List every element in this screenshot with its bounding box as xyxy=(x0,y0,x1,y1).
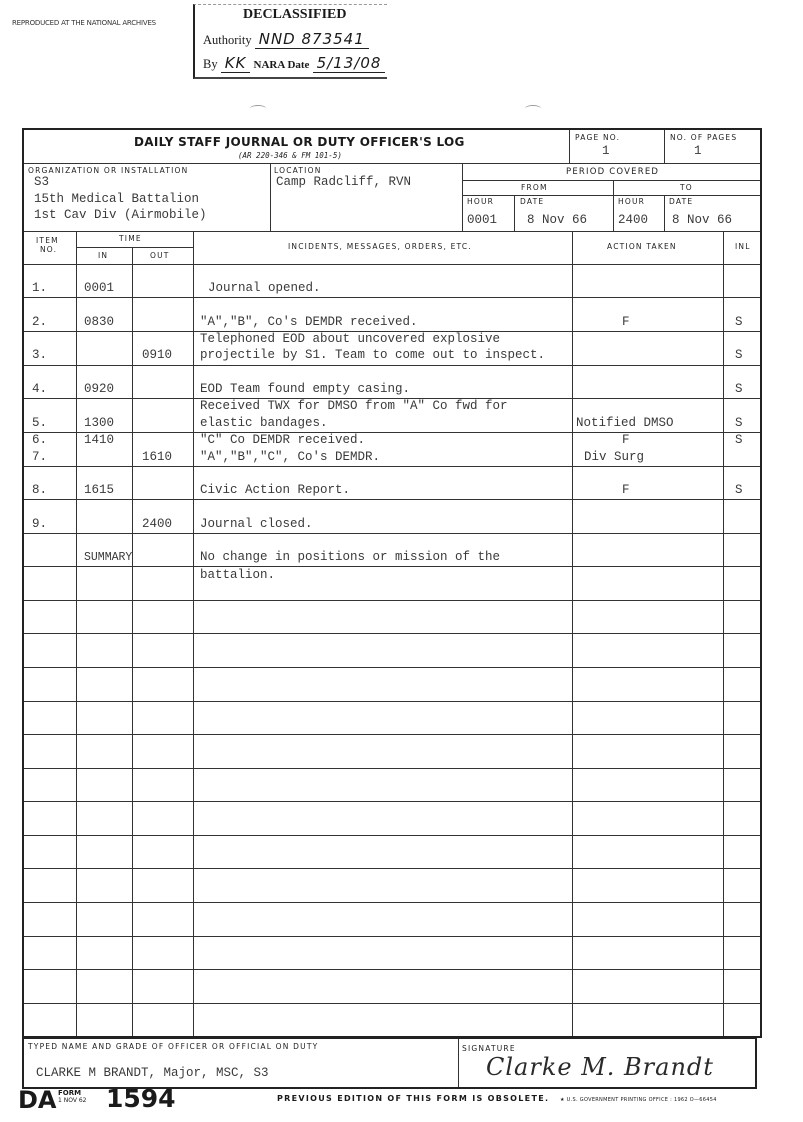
entry-2-in: 0830 xyxy=(84,314,114,331)
entry-8-item: 8. xyxy=(32,482,47,499)
page-no-value: 1 xyxy=(602,143,610,160)
entry-9-text: Journal closed. xyxy=(200,516,313,533)
signature-label: SIGNATURE xyxy=(462,1044,516,1053)
officer-section: TYPED NAME AND GRADE OF OFFICER OR OFFIC… xyxy=(22,1037,757,1089)
organization-line-2: 15th Medical Battalion xyxy=(34,191,199,208)
entry-8-in: 1615 xyxy=(84,482,114,499)
entry-7-item: 7. xyxy=(32,449,47,466)
entry-5-text-line-2: elastic bandages. xyxy=(200,415,328,432)
entry-4-in: 0920 xyxy=(84,381,114,398)
entry-6-action: F xyxy=(622,432,630,449)
entry-6-item: 6. xyxy=(32,432,47,449)
officer-name-value: CLARKE M BRANDT, Major, MSC, S3 xyxy=(36,1065,269,1082)
entry-6-inl: S xyxy=(735,432,743,449)
entry-7-out: 1610 xyxy=(142,449,172,466)
entry-5-in: 1300 xyxy=(84,415,114,432)
entry-1-text: Journal opened. xyxy=(208,280,321,297)
from-hour-value: 0001 xyxy=(467,212,497,229)
entry-4-inl: S xyxy=(735,381,743,398)
entry-5-text-line-1: Received TWX for DMSO from "A" Co fwd fo… xyxy=(200,398,508,415)
header-incidents: INCIDENTS, MESSAGES, ORDERS, ETC. xyxy=(288,242,472,251)
summary-text-line-2: battalion. xyxy=(200,567,275,584)
to-date-label: DATE xyxy=(669,197,693,206)
stamp-authority: Authority NND 873541 xyxy=(203,30,369,48)
summary-text-line-1: No change in positions or mission of the xyxy=(200,549,500,566)
entry-5-inl: S xyxy=(735,415,743,432)
by-value: KK xyxy=(221,54,251,73)
entry-3-text-line-2: projectile by S1. Team to come out to in… xyxy=(200,347,545,364)
from-date-value: 8 Nov 66 xyxy=(527,212,587,229)
entry-7-action: Div Surg xyxy=(584,449,644,466)
entry-7-text: "A","B","C", Co's DEMDR. xyxy=(200,449,380,466)
header-inl: INL xyxy=(735,242,751,251)
header-item: ITEM xyxy=(36,236,59,245)
summary-label: SUMMARY xyxy=(84,549,132,566)
signature: Clarke M. Brandt xyxy=(486,1053,714,1081)
organization-label: ORGANIZATION OR INSTALLATION xyxy=(28,166,188,175)
journal-form: DAILY STAFF JOURNAL OR DUTY OFFICER'S LO… xyxy=(22,128,762,1038)
entry-2-item: 2. xyxy=(32,314,47,331)
entry-3-out: 0910 xyxy=(142,347,172,364)
header-out: OUT xyxy=(150,251,170,260)
stamp-date: 5/13/08 xyxy=(313,54,386,73)
entry-3-item: 3. xyxy=(32,347,47,364)
entry-8-inl: S xyxy=(735,482,743,499)
entry-9-out: 2400 xyxy=(142,516,172,533)
punch-hole-mark xyxy=(250,105,266,112)
entry-6-in: 1410 xyxy=(84,432,114,449)
entry-4-text: EOD Team found empty casing. xyxy=(200,381,410,398)
entry-4-item: 4. xyxy=(32,381,47,398)
entry-1-in: 0001 xyxy=(84,280,114,297)
entry-5-item: 5. xyxy=(32,415,47,432)
header-action-taken: ACTION TAKEN xyxy=(607,242,677,251)
to-hour-label: HOUR xyxy=(618,197,645,206)
from-label: FROM xyxy=(521,183,548,192)
entry-3-inl: S xyxy=(735,347,743,364)
stamp-by: By KK NARA Date 5/13/08 xyxy=(203,54,385,72)
punch-hole-mark xyxy=(525,105,541,112)
form-da-label: DA xyxy=(18,1086,57,1114)
from-hour-label: HOUR xyxy=(467,197,494,206)
officer-name-label: TYPED NAME AND GRADE OF OFFICER OR OFFIC… xyxy=(28,1042,318,1051)
gpo-note: ★ U.S. GOVERNMENT PRINTING OFFICE : 1962… xyxy=(560,1097,717,1103)
by-label: By xyxy=(203,57,218,71)
form-date-block: FORM 1 NOV 62 xyxy=(58,1089,86,1105)
entry-9-item: 9. xyxy=(32,516,47,533)
entry-6-text: "C" Co DEMDR received. xyxy=(200,432,365,449)
no-of-pages-label: NO. OF PAGES xyxy=(670,133,737,142)
authority-value: NND 873541 xyxy=(255,30,369,49)
header-in: IN xyxy=(98,251,108,260)
header-time: TIME xyxy=(119,234,142,243)
entry-5-action: Notified DMSO xyxy=(576,415,674,432)
archive-note: REPRODUCED AT THE NATIONAL ARCHIVES xyxy=(12,19,156,27)
entry-8-action: F xyxy=(622,482,630,499)
page-no-label: PAGE NO. xyxy=(575,133,620,142)
entry-2-text: "A","B", Co's DEMDR received. xyxy=(200,314,418,331)
entry-2-inl: S xyxy=(735,314,743,331)
form-word: FORM xyxy=(58,1089,86,1097)
form-subtitle: (AR 220-346 & FM 101-5) xyxy=(238,151,342,160)
entry-1-item: 1. xyxy=(32,280,47,297)
form-number: 1594 xyxy=(106,1084,176,1113)
organization-line-1: S3 xyxy=(34,174,49,191)
stamp-title: DECLASSIFIED xyxy=(243,7,346,23)
authority-label: Authority xyxy=(203,33,252,47)
location-value: Camp Radcliff, RVN xyxy=(276,174,411,191)
no-of-pages-value: 1 xyxy=(694,143,702,160)
nara-date-label: NARA Date xyxy=(254,59,310,71)
period-covered-label: PERIOD COVERED xyxy=(566,167,659,177)
header-no: NO. xyxy=(40,245,57,254)
declassified-stamp: DECLASSIFIED Authority NND 873541 By KK … xyxy=(193,4,387,79)
to-date-value: 8 Nov 66 xyxy=(672,212,732,229)
organization-line-3: 1st Cav Div (Airmobile) xyxy=(34,207,207,224)
form-date: 1 NOV 62 xyxy=(58,1097,86,1105)
previous-edition-note: PREVIOUS EDITION OF THIS FORM IS OBSOLET… xyxy=(277,1094,549,1103)
to-hour-value: 2400 xyxy=(618,212,648,229)
entry-3-text-line-1: Telephoned EOD about uncovered explosive xyxy=(200,331,500,348)
from-date-label: DATE xyxy=(520,197,544,206)
form-title: DAILY STAFF JOURNAL OR DUTY OFFICER'S LO… xyxy=(134,135,465,149)
to-label: TO xyxy=(680,183,693,192)
entry-8-text: Civic Action Report. xyxy=(200,482,350,499)
entry-2-action: F xyxy=(622,314,630,331)
